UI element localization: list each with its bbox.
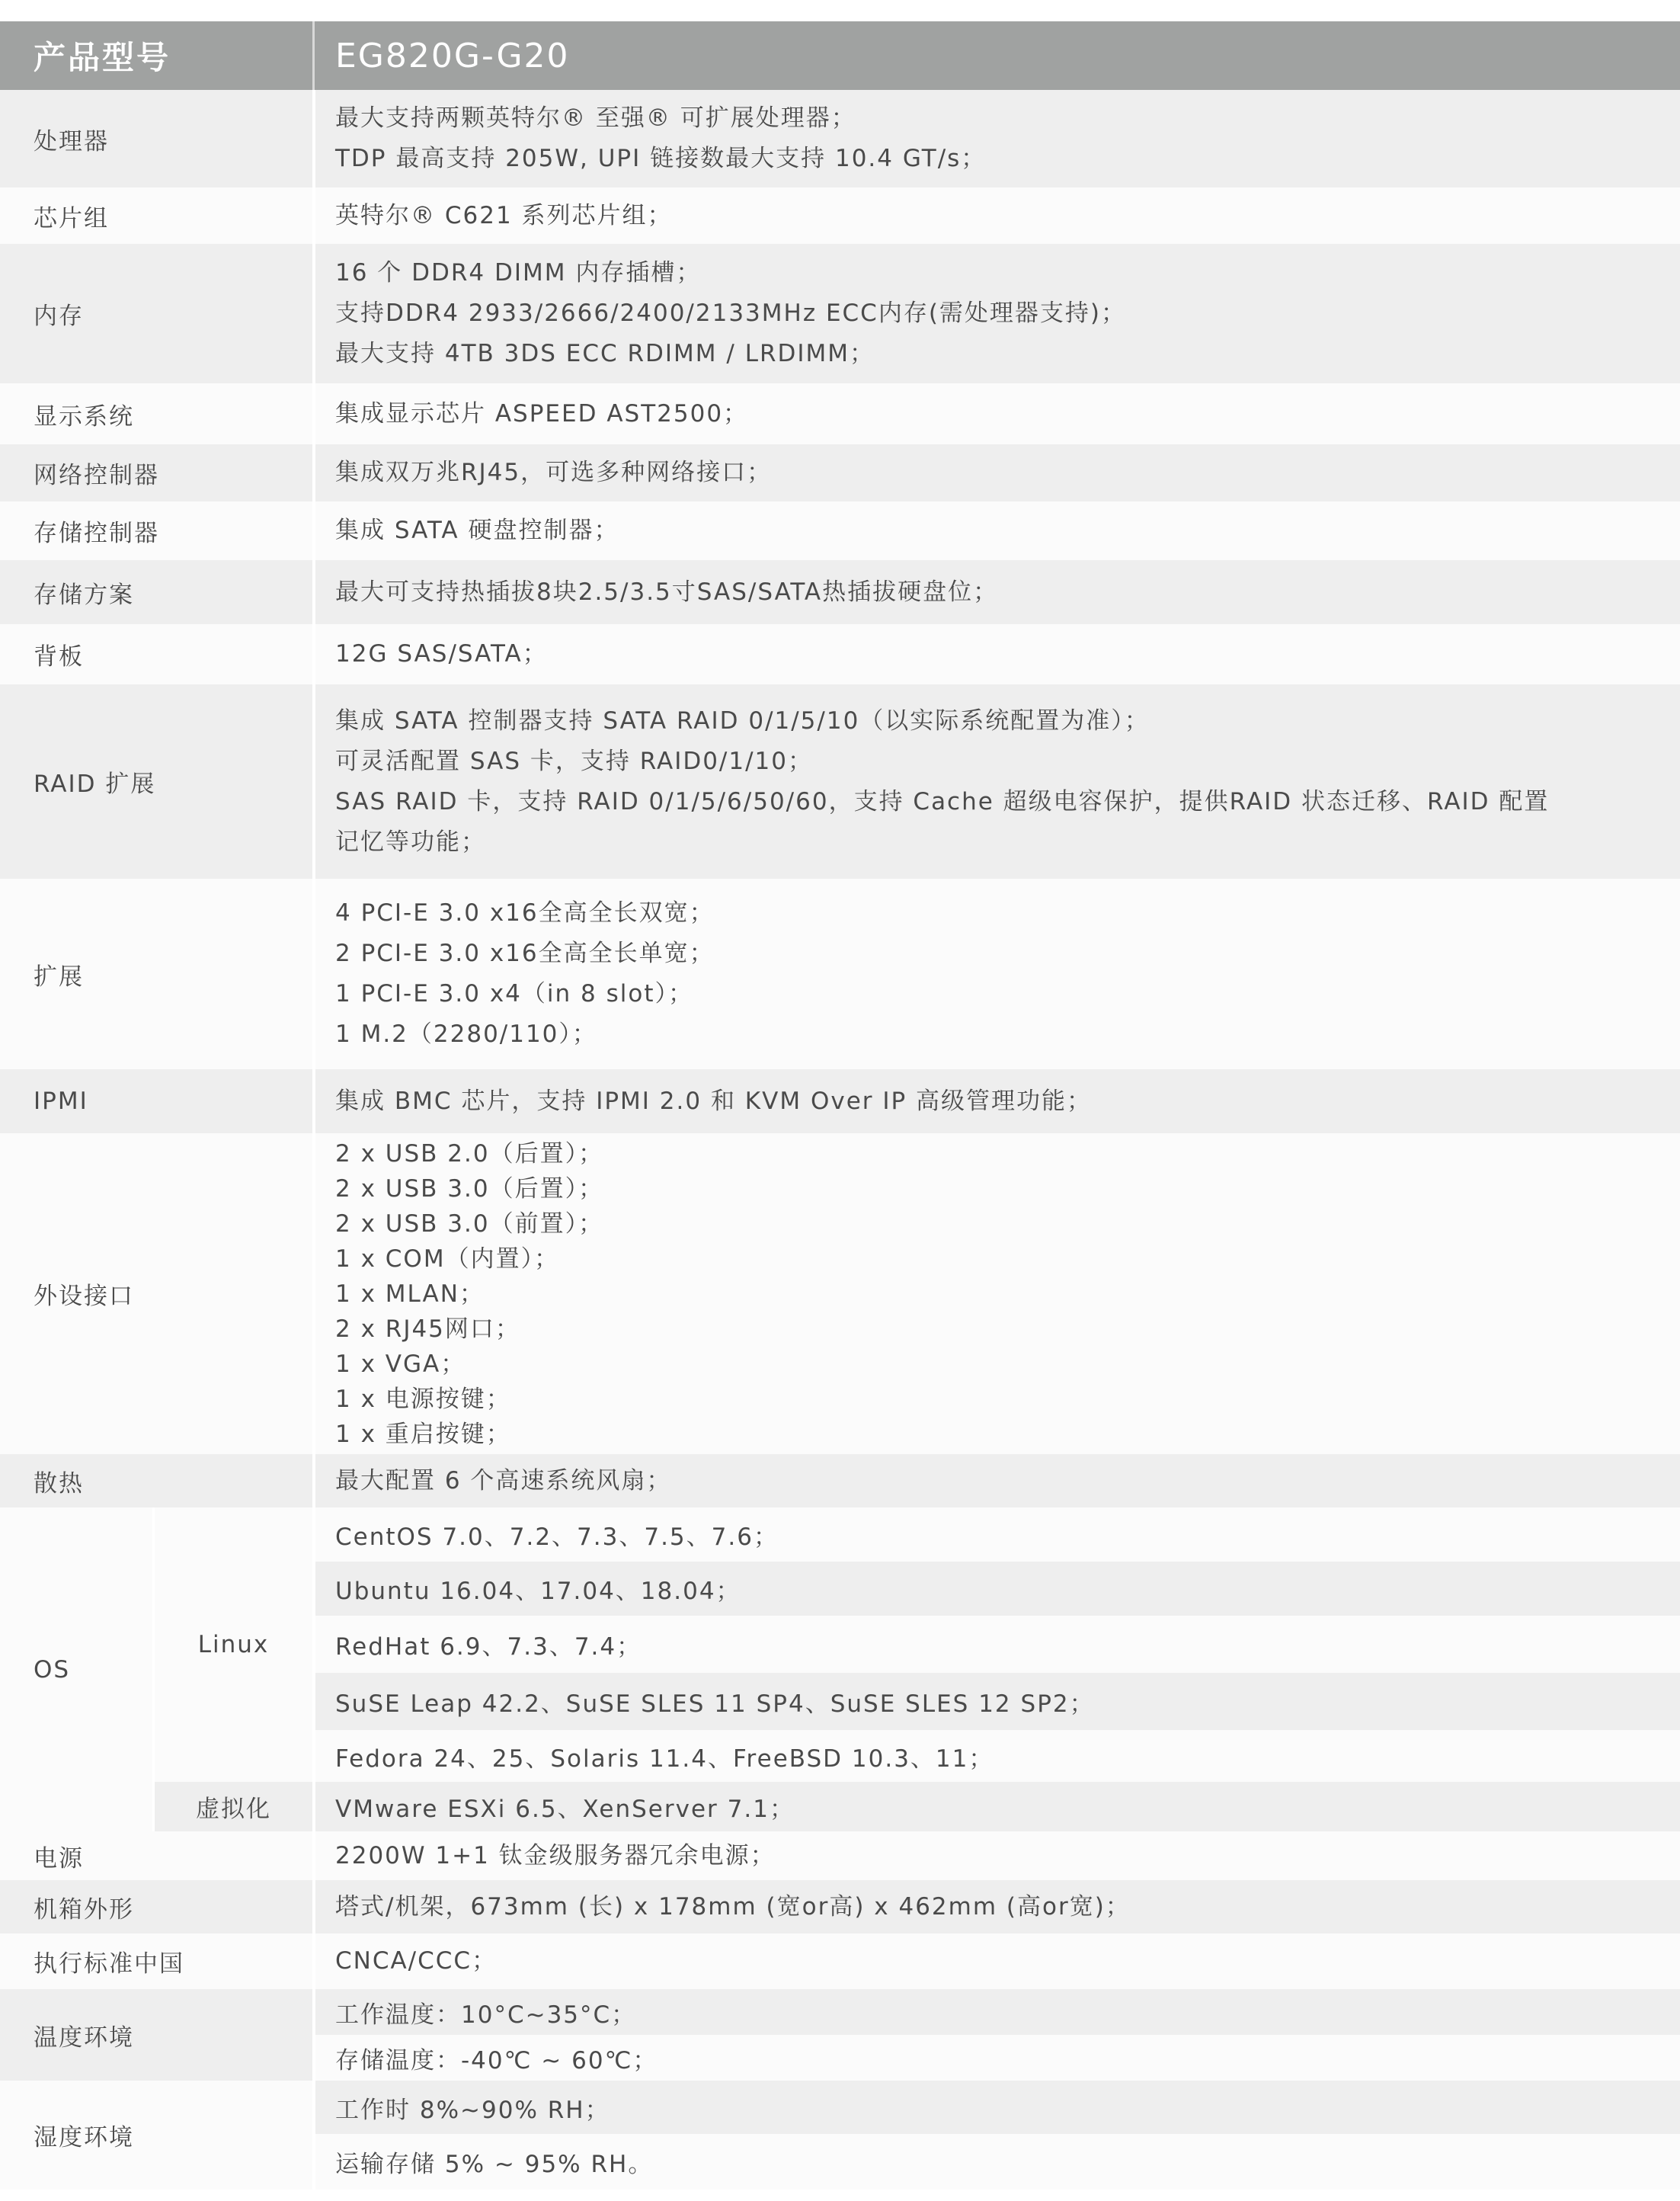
spec-row-raid: RAID 扩展 集成 SATA 控制器支持 SATA RAID 0/1/5/10… <box>0 684 1680 879</box>
spec-row-power: 电源 2200W 1+1 钛金级服务器冗余电源； <box>0 1831 1680 1880</box>
spec-label: 机箱外形 <box>0 1880 312 1933</box>
spec-value-line: 集成显示芯片 ASPEED AST2500； <box>335 394 1680 434</box>
os-linux-label: Linux <box>155 1507 312 1782</box>
os-linux-item: SuSE Leap 42.2、SuSE SLES 11 SP4、SuSE SLE… <box>315 1673 1680 1730</box>
spec-value-line: CNCA/CCC； <box>335 1941 1680 1982</box>
spec-value-line: 记忆等功能； <box>335 822 1680 863</box>
spec-value-line: 集成 BMC 芯片，支持 IPMI 2.0 和 KVM Over IP 高级管理… <box>335 1081 1680 1122</box>
spec-label: 背板 <box>0 624 312 684</box>
spec-value-line: 2 x RJ45网口； <box>335 1312 1680 1347</box>
spec-row-storage-solution: 存储方案 最大可支持热插拔8块2.5/3.5寸SAS/SATA热插拔硬盘位； <box>0 560 1680 624</box>
os-label: OS <box>0 1507 152 1831</box>
spec-value-line: 2200W 1+1 钛金级服务器冗余电源； <box>335 1836 1680 1876</box>
spec-value-line: 16 个 DDR4 DIMM 内存插槽； <box>335 253 1680 293</box>
spec-row-display: 显示系统 集成显示芯片 ASPEED AST2500； <box>0 383 1680 444</box>
spec-value-line: 最大配置 6 个高速系统风扇； <box>335 1461 1680 1501</box>
spec-value-line: 英特尔® C621 系列芯片组； <box>335 196 1680 236</box>
spec-value-line: 塔式/机架，673mm (长) x 178mm (宽or高) x 462mm (… <box>335 1887 1680 1927</box>
spec-value-line: 2 PCI-E 3.0 x16全高全长单宽； <box>335 934 1680 974</box>
spec-label: 湿度环境 <box>0 2081 312 2190</box>
spec-value-line: 12G SAS/SATA； <box>335 634 1680 674</box>
spec-row-chipset: 芯片组 英特尔® C621 系列芯片组； <box>0 187 1680 244</box>
spec-label: 显示系统 <box>0 383 312 444</box>
spec-row-peripherals: 外设接口 2 x USB 2.0（后置）； 2 x USB 3.0（后置）； 2… <box>0 1133 1680 1454</box>
spec-value-line: 1 PCI-E 3.0 x4（in 8 slot）； <box>335 974 1680 1014</box>
os-virtualization-label: 虚拟化 <box>155 1782 312 1831</box>
spec-value-line: SAS RAID 卡，支持 RAID 0/1/5/6/50/60，支持 Cach… <box>335 782 1680 822</box>
column-divider <box>312 21 315 90</box>
spec-label: 温度环境 <box>0 1989 312 2081</box>
spec-row-processor: 处理器 最大支持两颗英特尔® 至强® 可扩展处理器； TDP 最高支持 205W… <box>0 90 1680 187</box>
spec-label: RAID 扩展 <box>0 684 312 879</box>
spec-value-line: 可灵活配置 SAS 卡，支持 RAID0/1/10； <box>335 742 1680 782</box>
spec-value-line: 最大支持两颗英特尔® 至强® 可扩展处理器； <box>335 98 1680 139</box>
os-virtualization-item: VMware ESXi 6.5、XenServer 7.1； <box>315 1782 1680 1831</box>
spec-value-line: 1 x 电源按键； <box>335 1382 1680 1417</box>
spec-value-line: 支持DDR4 2933/2666/2400/2133MHz ECC内存(需处理器… <box>335 293 1680 334</box>
spec-value-line: 存储温度：-40℃ ~ 60℃； <box>315 2035 1680 2081</box>
spec-row-humidity: 湿度环境 工作时 8%~90% RH； 运输存储 5% ~ 95% RH。 <box>0 2081 1680 2190</box>
spec-value-line: 最大支持 4TB 3DS ECC RDIMM / LRDIMM； <box>335 334 1680 374</box>
spec-label: 存储方案 <box>0 560 312 624</box>
spec-row-ipmi: IPMI 集成 BMC 芯片，支持 IPMI 2.0 和 KVM Over IP… <box>0 1069 1680 1133</box>
spec-value-line: 2 x USB 3.0（前置）； <box>335 1206 1680 1241</box>
os-linux-item: Fedora 24、25、Solaris 11.4、FreeBSD 10.3、1… <box>315 1730 1680 1782</box>
spec-value-line: 工作时 8%~90% RH； <box>315 2081 1680 2134</box>
spec-row-storage-controller: 存储控制器 集成 SATA 硬盘控制器； <box>0 501 1680 560</box>
spec-row-expansion: 扩展 4 PCI-E 3.0 x16全高全长双宽； 2 PCI-E 3.0 x1… <box>0 879 1680 1069</box>
spec-label: 芯片组 <box>0 187 312 244</box>
spec-label: 散热 <box>0 1454 312 1507</box>
table-header: 产品型号 EG820G-G20 <box>0 21 1680 90</box>
spec-value-line: 4 PCI-E 3.0 x16全高全长双宽； <box>335 893 1680 934</box>
os-linux-item: RedHat 6.9、7.3、7.4； <box>315 1616 1680 1673</box>
spec-label: 扩展 <box>0 879 312 1069</box>
spec-value-line: 集成 SATA 控制器支持 SATA RAID 0/1/5/10（以实际系统配置… <box>335 701 1680 742</box>
model-name: EG820G-G20 <box>315 21 1680 90</box>
spec-value-line: 1 x COM（内置）； <box>335 1241 1680 1277</box>
spec-value-line: 2 x USB 2.0（后置）； <box>335 1136 1680 1171</box>
spec-row-cooling: 散热 最大配置 6 个高速系统风扇； <box>0 1454 1680 1507</box>
spec-row-chassis: 机箱外形 塔式/机架，673mm (长) x 178mm (宽or高) x 46… <box>0 1880 1680 1933</box>
spec-label: 网络控制器 <box>0 444 312 501</box>
spec-value-line: 1 x VGA； <box>335 1347 1680 1382</box>
spec-label: 执行标准中国 <box>0 1933 312 1989</box>
spec-value-line: 2 x USB 3.0（后置）； <box>335 1171 1680 1206</box>
spec-row-os: OS Linux 虚拟化 CentOS 7.0、7.2、7.3、7.5、7.6；… <box>0 1507 1680 1831</box>
spec-label: 电源 <box>0 1831 312 1880</box>
header-label: 产品型号 <box>0 21 312 90</box>
spec-label: 外设接口 <box>0 1133 312 1454</box>
spec-value-line: 1 x MLAN； <box>335 1277 1680 1312</box>
spec-label: IPMI <box>0 1069 312 1133</box>
top-margin <box>0 0 1680 11</box>
spec-value-line: 1 x 重启按键； <box>335 1417 1680 1452</box>
spec-row-standard: 执行标准中国 CNCA/CCC； <box>0 1933 1680 1989</box>
spec-value-line: 1 M.2（2280/110）； <box>335 1014 1680 1055</box>
os-linux-item: Ubuntu 16.04、17.04、18.04； <box>315 1562 1680 1616</box>
spec-value-line: 集成双万兆RJ45，可选多种网络接口； <box>335 453 1680 493</box>
spec-row-backplane: 背板 12G SAS/SATA； <box>0 624 1680 684</box>
spec-value-line: TDP 最高支持 205W, UPI 链接数最大支持 10.4 GT/s； <box>335 139 1680 179</box>
spec-label: 处理器 <box>0 90 312 187</box>
os-linux-item: CentOS 7.0、7.2、7.3、7.5、7.6； <box>315 1507 1680 1562</box>
spec-row-temperature: 温度环境 工作温度：10°C~35°C； 存储温度：-40℃ ~ 60℃； <box>0 1989 1680 2081</box>
spec-label: 内存 <box>0 244 312 383</box>
spec-value-line: 最大可支持热插拔8块2.5/3.5寸SAS/SATA热插拔硬盘位； <box>335 572 1680 613</box>
spec-value-line: 运输存储 5% ~ 95% RH。 <box>315 2134 1680 2190</box>
spec-value-line: 集成 SATA 硬盘控制器； <box>335 511 1680 551</box>
spec-row-memory: 内存 16 个 DDR4 DIMM 内存插槽； 支持DDR4 2933/2666… <box>0 244 1680 383</box>
spec-row-network: 网络控制器 集成双万兆RJ45，可选多种网络接口； <box>0 444 1680 501</box>
spec-label: 存储控制器 <box>0 501 312 560</box>
spec-value-line: 工作温度：10°C~35°C； <box>315 1989 1680 2035</box>
